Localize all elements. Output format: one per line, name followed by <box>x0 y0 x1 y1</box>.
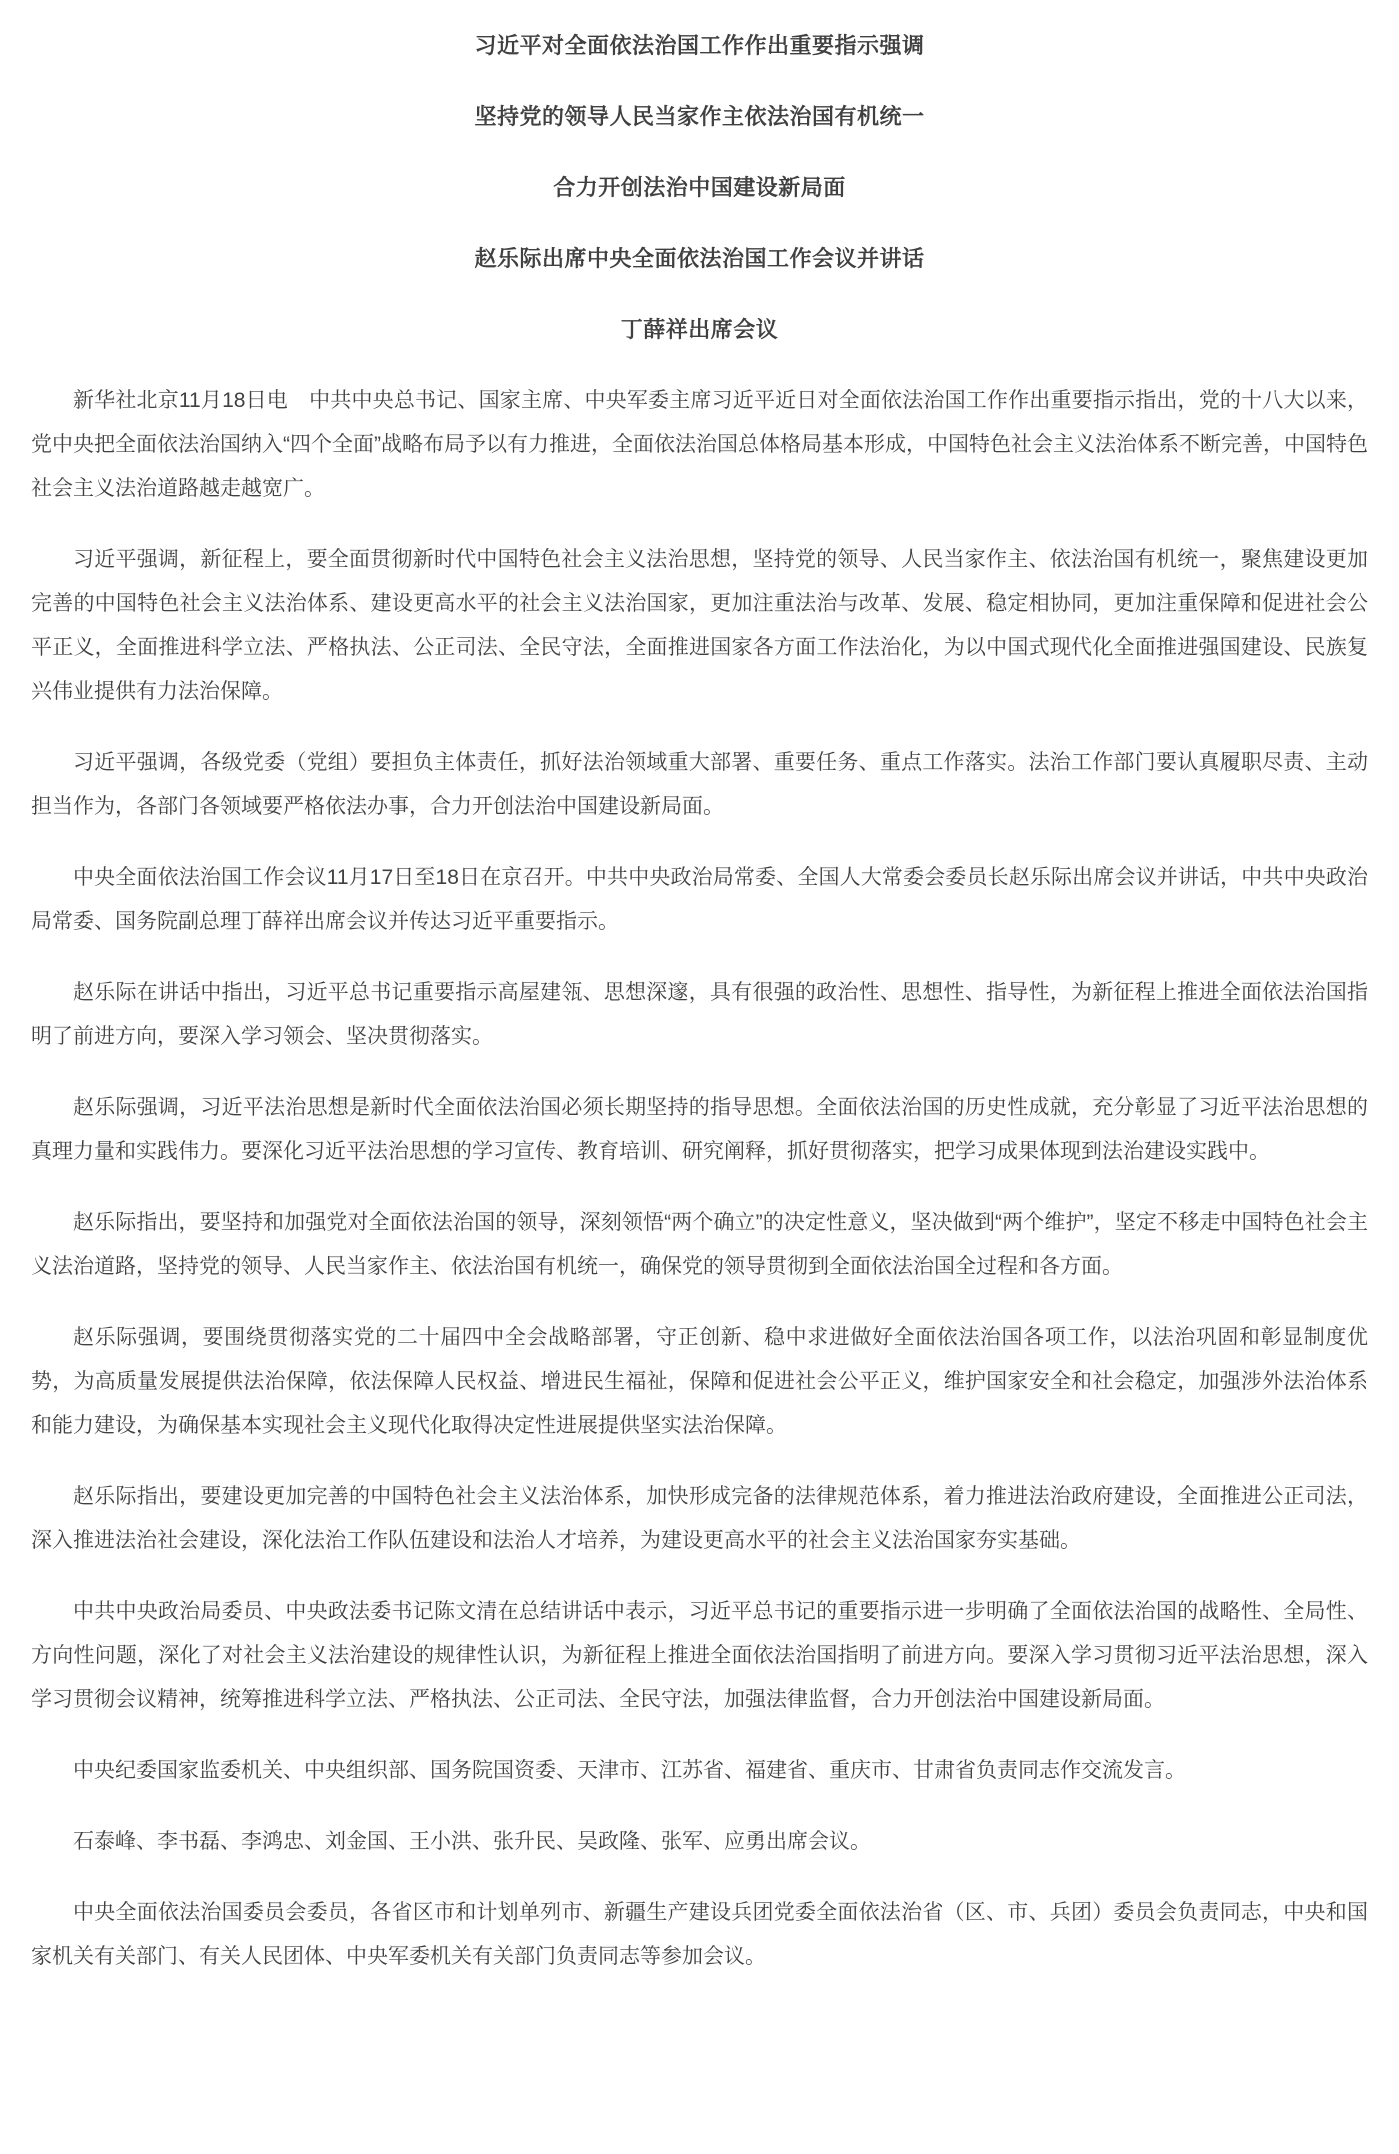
article-page: 习近平对全面依法治国工作作出重要指示强调 坚持党的领导人民当家作主依法治国有机统… <box>0 0 1399 2022</box>
article-paragraph: 习近平强调，新征程上，要全面贯彻新时代中国特色社会主义法治思想，坚持党的领导、人… <box>31 538 1368 714</box>
article-paragraph: 赵乐际指出，要坚持和加强党对全面依法治国的领导，深刻领悟“两个确立”的决定性意义… <box>31 1201 1368 1289</box>
article-body: 新华社北京11月18日电 中共中央总书记、国家主席、中央军委主席习近平近日对全面… <box>31 379 1368 1979</box>
article-subtitle-line-2: 丁薛祥出席会议 <box>31 308 1368 352</box>
article-subtitle-line-1: 赵乐际出席中央全面依法治国工作会议并讲话 <box>31 237 1368 281</box>
article-paragraph: 新华社北京11月18日电 中共中央总书记、国家主席、中央军委主席习近平近日对全面… <box>31 379 1368 511</box>
article-paragraph: 中央全面依法治国委员会委员，各省区市和计划单列市、新疆生产建设兵团党委全面依法治… <box>31 1891 1368 1979</box>
article-paragraph: 赵乐际强调，习近平法治思想是新时代全面依法治国必须长期坚持的指导思想。全面依法治… <box>31 1086 1368 1174</box>
article-paragraph: 赵乐际指出，要建设更加完善的中国特色社会主义法治体系，加快形成完备的法律规范体系… <box>31 1475 1368 1563</box>
article-paragraph: 中央全面依法治国工作会议11月17日至18日在京召开。中共中央政治局常委、全国人… <box>31 856 1368 944</box>
article-title-line-1: 习近平对全面依法治国工作作出重要指示强调 <box>31 24 1368 68</box>
article-header: 习近平对全面依法治国工作作出重要指示强调 坚持党的领导人民当家作主依法治国有机统… <box>31 24 1368 352</box>
article-paragraph: 赵乐际强调，要围绕贯彻落实党的二十届四中全会战略部署，守正创新、稳中求进做好全面… <box>31 1316 1368 1448</box>
article-paragraph: 习近平强调，各级党委（党组）要担负主体责任，抓好法治领域重大部署、重要任务、重点… <box>31 741 1368 829</box>
article-paragraph: 中央纪委国家监委机关、中央组织部、国务院国资委、天津市、江苏省、福建省、重庆市、… <box>31 1749 1368 1793</box>
article-paragraph: 石泰峰、李书磊、李鸿忠、刘金国、王小洪、张升民、吴政隆、张军、应勇出席会议。 <box>31 1820 1368 1864</box>
article-paragraph: 中共中央政治局委员、中央政法委书记陈文清在总结讲话中表示，习近平总书记的重要指示… <box>31 1590 1368 1722</box>
article-title-line-2: 坚持党的领导人民当家作主依法治国有机统一 <box>31 95 1368 139</box>
article-title-line-3: 合力开创法治中国建设新局面 <box>31 166 1368 210</box>
article-paragraph: 赵乐际在讲话中指出，习近平总书记重要指示高屋建瓴、思想深邃，具有很强的政治性、思… <box>31 971 1368 1059</box>
